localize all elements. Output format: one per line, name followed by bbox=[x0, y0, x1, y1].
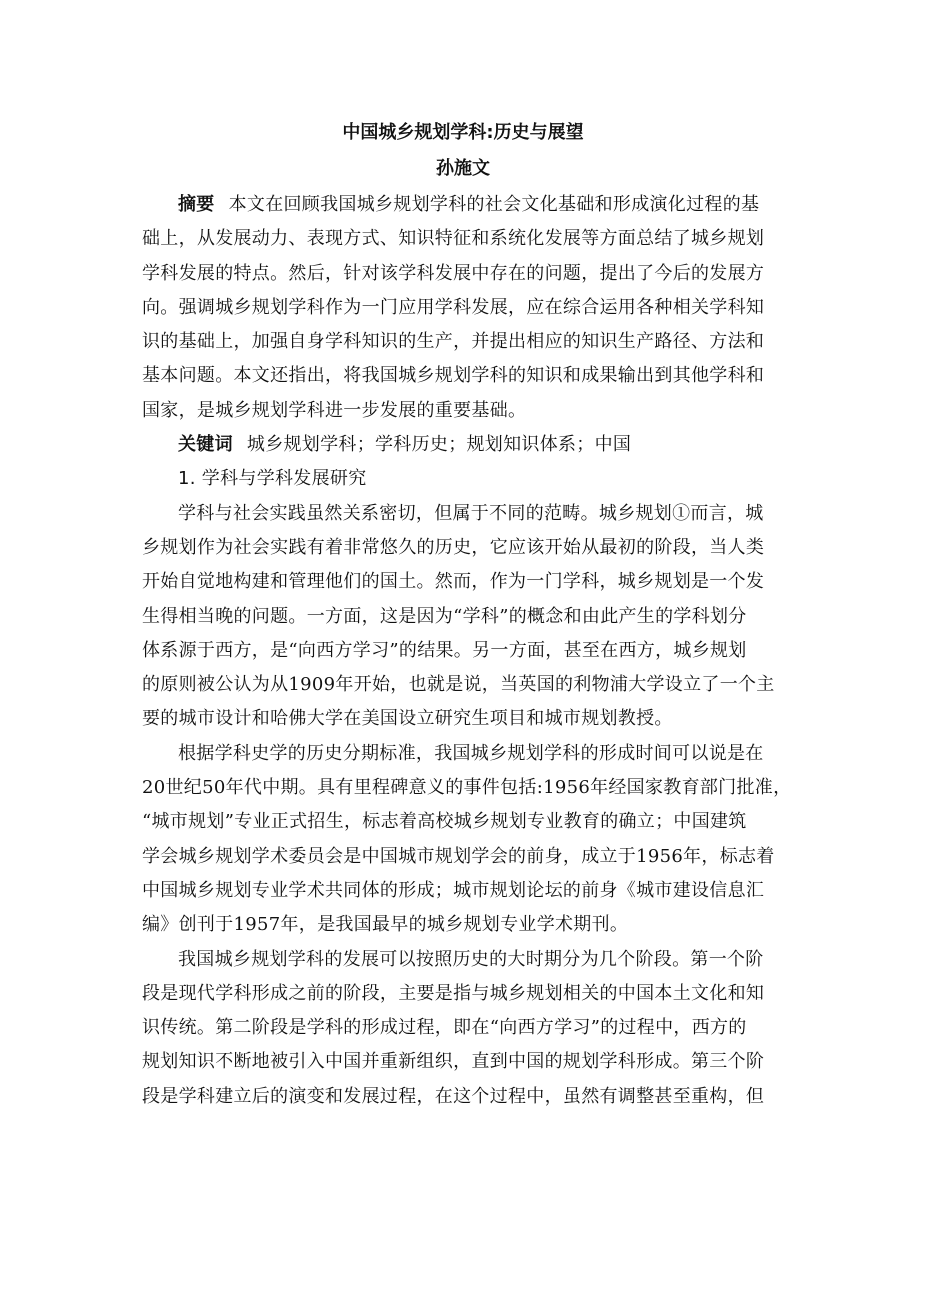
document-title: 中国城乡规划学科:历史与展望 bbox=[0, 118, 926, 144]
abstract-line: 向。强调城乡规划学科作为一门应用学科发展，应在综合运用各种相关学科知 bbox=[142, 291, 782, 325]
paragraph-line: 编》创刊于1957年，是我国最早的城乡规划专业学术期刊。 bbox=[142, 908, 782, 942]
abstract-line: 础上，从发展动力、表现方式、知识特征和系统化发展等方面总结了城乡规划 bbox=[142, 222, 782, 256]
document-author: 孙施文 bbox=[0, 154, 926, 180]
paragraph-line: 要的城市设计和哈佛大学在美国设立研究生项目和城市规划教授。 bbox=[142, 702, 782, 736]
abstract-line: 识的基础上，加强自身学科知识的生产，并提出相应的知识生产路径、方法和 bbox=[142, 325, 782, 359]
paragraph-line: 规划知识不断地被引入中国并重新组织，直到中国的规划学科形成。第三个阶 bbox=[142, 1045, 782, 1079]
paragraph-line: 开始自觉地构建和管理他们的国土。然而，作为一门学科，城乡规划是一个发 bbox=[142, 565, 782, 599]
section-heading: 1. 学科与学科发展研究 bbox=[142, 462, 782, 496]
abstract-label: 摘要 bbox=[178, 194, 215, 215]
abstract-line: 国家，是城乡规划学科进一步发展的重要基础。 bbox=[142, 394, 782, 428]
document-page: 中国城乡规划学科:历史与展望 孙施文 摘要本文在回顾我国城乡规划学科的社会文化基… bbox=[0, 0, 926, 1309]
paragraph-line: “城市规划”专业正式招生，标志着高校城乡规划专业教育的确立；中国建筑 bbox=[142, 805, 782, 839]
abstract-line: 摘要本文在回顾我国城乡规划学科的社会文化基础和形成演化过程的基 bbox=[142, 188, 782, 222]
keywords-line: 关键词城乡规划学科；学科历史；规划知识体系；中国 bbox=[142, 428, 782, 462]
paragraph-line: 的原则被公认为从1909年开始，也就是说，当英国的利物浦大学设立了一个主 bbox=[142, 668, 782, 702]
paragraph-line: 乡规划作为社会实践有着非常悠久的历史，它应该开始从最初的阶段，当人类 bbox=[142, 531, 782, 565]
paragraph-line: 段是学科建立后的演变和发展过程，在这个过程中，虽然有调整甚至重构，但 bbox=[142, 1080, 782, 1114]
keywords-text: 城乡规划学科；学科历史；规划知识体系；中国 bbox=[247, 434, 631, 455]
abstract-text: 本文在回顾我国城乡规划学科的社会文化基础和形成演化过程的基 bbox=[229, 194, 760, 215]
paragraph-line: 根据学科史学的历史分期标准，我国城乡规划学科的形成时间可以说是在 bbox=[142, 737, 782, 771]
paragraph-line: 学科与社会实践虽然关系密切，但属于不同的范畴。城乡规划①而言，城 bbox=[142, 497, 782, 531]
paragraph-line: 中国城乡规划专业学术共同体的形成；城市规划论坛的前身《城市建设信息汇 bbox=[142, 874, 782, 908]
paragraph-line: 我国城乡规划学科的发展可以按照历史的大时期分为几个阶段。第一个阶 bbox=[142, 943, 782, 977]
document-body: 摘要本文在回顾我国城乡规划学科的社会文化基础和形成演化过程的基 础上，从发展动力… bbox=[142, 188, 782, 1114]
keywords-label: 关键词 bbox=[178, 434, 233, 455]
paragraph-line: 20世纪50年代中期。具有里程碑意义的事件包括:1956年经国家教育部门批准， bbox=[142, 771, 782, 805]
paragraph-line: 体系源于西方，是“向西方学习”的结果。另一方面，甚至在西方，城乡规划 bbox=[142, 634, 782, 668]
paragraph-line: 段是现代学科形成之前的阶段，主要是指与城乡规划相关的中国本土文化和知 bbox=[142, 977, 782, 1011]
abstract-line: 学科发展的特点。然后，针对该学科发展中存在的问题，提出了今后的发展方 bbox=[142, 257, 782, 291]
paragraph-line: 识传统。第二阶段是学科的形成过程，即在“向西方学习”的过程中，西方的 bbox=[142, 1011, 782, 1045]
paragraph-line: 学会城乡规划学术委员会是中国城市规划学会的前身，成立于1956年，标志着 bbox=[142, 840, 782, 874]
abstract-line: 基本问题。本文还指出，将我国城乡规划学科的知识和成果输出到其他学科和 bbox=[142, 359, 782, 393]
paragraph-line: 生得相当晚的问题。一方面，这是因为“学科”的概念和由此产生的学科划分 bbox=[142, 600, 782, 634]
